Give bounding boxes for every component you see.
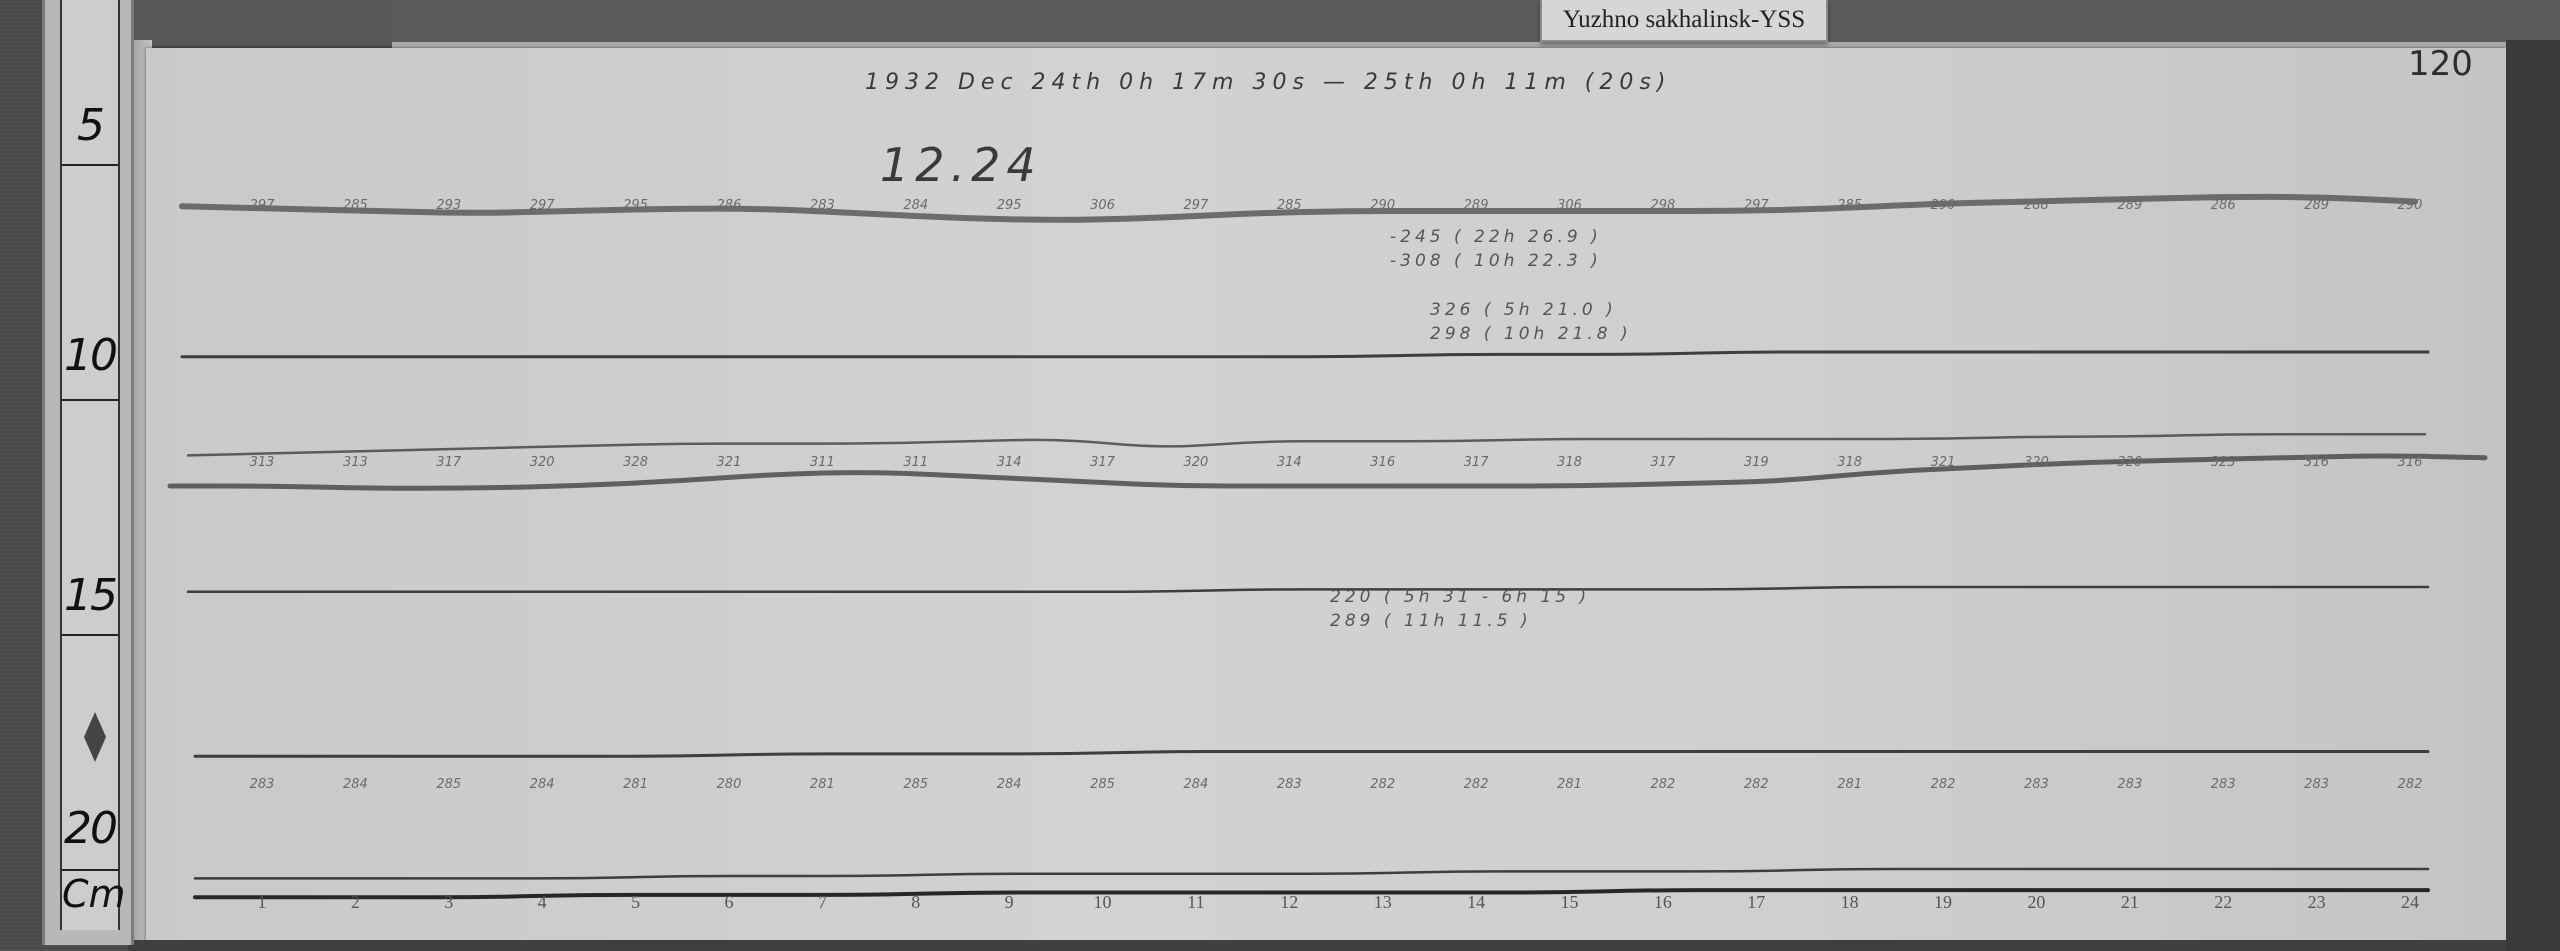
hour-label: 21: [2121, 892, 2139, 913]
hourly-reading: 284: [903, 198, 928, 213]
hourly-reading: 317: [1650, 455, 1675, 470]
hourly-reading: 281: [810, 777, 835, 792]
hourly-reading: 311: [903, 455, 928, 470]
hour-label: 11: [1187, 892, 1204, 913]
hourly-reading: 323: [2211, 455, 2236, 470]
hourly-reading: 282: [1650, 777, 1675, 792]
magnetogram-traces: [0, 0, 2560, 951]
hourly-reading: 295: [623, 198, 648, 213]
hour-label: 16: [1654, 892, 1672, 913]
record-number: 120: [2408, 44, 2473, 84]
trace-line: [195, 890, 2428, 897]
note-middle: 326 ( 5h 21.0 ) 298 ( 10h 21.8 ): [1430, 298, 1632, 346]
hourly-reading: 317: [1090, 455, 1115, 470]
hourly-reading: 318: [1837, 455, 1862, 470]
hourly-reading: 285: [436, 777, 461, 792]
hourly-reading: 285: [1837, 198, 1862, 213]
hour-label: 18: [1841, 892, 1859, 913]
hourly-reading: 317: [1464, 455, 1489, 470]
hourly-reading: 282: [1744, 777, 1769, 792]
hour-label: 2: [351, 892, 360, 913]
hourly-reading: 328: [623, 455, 648, 470]
hourly-reading: 284: [1183, 777, 1208, 792]
hourly-reading: 283: [2211, 777, 2236, 792]
record-header-note: 1932 Dec 24th 0h 17m 30s — 25th 0h 11m (…: [865, 70, 1671, 95]
hourly-reading: 316: [2304, 455, 2329, 470]
hourly-reading: 306: [1090, 198, 1115, 213]
note-lower: 220 ( 5h 31 - 6h 15 ) 289 ( 11h 11.5 ): [1330, 585, 1590, 633]
hourly-reading: 284: [530, 777, 555, 792]
hour-label: 10: [1094, 892, 1112, 913]
hourly-reading: 284: [343, 777, 368, 792]
hourly-reading: 283: [2117, 777, 2142, 792]
trace-line: [182, 352, 2428, 357]
hour-label: 5: [631, 892, 640, 913]
hour-label: 20: [2027, 892, 2045, 913]
hourly-reading: 282: [2398, 777, 2423, 792]
hourly-reading: 282: [1931, 777, 1956, 792]
hourly-reading: 316: [2398, 455, 2423, 470]
note-line: 298 ( 10h 21.8 ): [1430, 322, 1632, 346]
hourly-reading: 297: [530, 198, 555, 213]
hourly-reading: 289: [1464, 198, 1489, 213]
hourly-reading: 298: [1650, 198, 1675, 213]
hourly-reading: 314: [1277, 455, 1302, 470]
hourly-reading: 311: [810, 455, 835, 470]
hour-label: 4: [538, 892, 547, 913]
trace-line: [188, 587, 2428, 592]
hourly-reading: 283: [2304, 777, 2329, 792]
trace-line: [195, 869, 2428, 878]
hourly-reading: 290: [1370, 198, 1395, 213]
hourly-reading: 320: [2117, 455, 2142, 470]
hour-label: 6: [724, 892, 733, 913]
hourly-reading: 319: [1744, 455, 1769, 470]
hourly-reading: 313: [250, 455, 275, 470]
hourly-reading: 313: [343, 455, 368, 470]
note-line: -245 ( 22h 26.9 ): [1390, 225, 1602, 249]
hourly-reading: 285: [1090, 777, 1115, 792]
hourly-reading: 318: [1557, 455, 1582, 470]
hourly-reading: 320: [2024, 455, 2049, 470]
hourly-reading: 306: [1557, 198, 1582, 213]
hourly-reading: 316: [1370, 455, 1395, 470]
hourly-reading: 285: [343, 198, 368, 213]
note-line: -308 ( 10h 22.3 ): [1390, 249, 1602, 273]
hour-label: 9: [1005, 892, 1014, 913]
hourly-reading: 317: [436, 455, 461, 470]
hourly-reading: 283: [2024, 777, 2049, 792]
hourly-reading: 290: [1931, 198, 1956, 213]
hourly-reading: 285: [903, 777, 928, 792]
hourly-reading: 281: [1837, 777, 1862, 792]
hour-label: 12: [1280, 892, 1298, 913]
hourly-reading: 320: [1183, 455, 1208, 470]
hourly-reading: 321: [1931, 455, 1956, 470]
note-line: 220 ( 5h 31 - 6h 15 ): [1330, 585, 1590, 609]
hourly-reading: 280: [717, 777, 742, 792]
hour-label: 15: [1560, 892, 1578, 913]
hour-label: 8: [911, 892, 920, 913]
hourly-reading: 320: [530, 455, 555, 470]
hourly-reading: 289: [2304, 198, 2329, 213]
hourly-reading: 290: [2398, 198, 2423, 213]
hourly-reading: 297: [1183, 198, 1208, 213]
date-code: 12.24: [880, 138, 1042, 192]
hour-label: 23: [2308, 892, 2326, 913]
hour-label: 14: [1467, 892, 1485, 913]
hour-label: 3: [444, 892, 453, 913]
hourly-reading: 314: [997, 455, 1022, 470]
note-upper: -245 ( 22h 26.9 ) -308 ( 10h 22.3 ): [1390, 225, 1602, 273]
hourly-reading: 288: [2024, 198, 2049, 213]
hourly-reading: 286: [2211, 198, 2236, 213]
hourly-reading: 282: [1464, 777, 1489, 792]
hourly-reading: 283: [250, 777, 275, 792]
trace-line: [195, 752, 2428, 757]
hourly-reading: 281: [1557, 777, 1582, 792]
hourly-reading: 286: [717, 198, 742, 213]
hourly-reading: 293: [436, 198, 461, 213]
hour-label: 17: [1747, 892, 1765, 913]
hour-label: 24: [2401, 892, 2419, 913]
hourly-reading: 295: [997, 198, 1022, 213]
hourly-reading: 281: [623, 777, 648, 792]
hourly-reading: 297: [250, 198, 275, 213]
hourly-reading: 283: [1277, 777, 1302, 792]
hour-label: 22: [2214, 892, 2232, 913]
hourly-reading: 284: [997, 777, 1022, 792]
hour-label: 19: [1934, 892, 1952, 913]
hourly-reading: 321: [717, 455, 742, 470]
trace-line: [188, 434, 2425, 455]
note-line: 289 ( 11h 11.5 ): [1330, 609, 1590, 633]
hour-label: 1: [258, 892, 267, 913]
hourly-reading: 283: [810, 198, 835, 213]
hourly-reading: 285: [1277, 198, 1302, 213]
hourly-reading: 289: [2117, 198, 2142, 213]
hour-label: 7: [818, 892, 827, 913]
note-line: 326 ( 5h 21.0 ): [1430, 298, 1632, 322]
hourly-reading: 297: [1744, 198, 1769, 213]
hour-label: 13: [1374, 892, 1392, 913]
hourly-reading: 282: [1370, 777, 1395, 792]
